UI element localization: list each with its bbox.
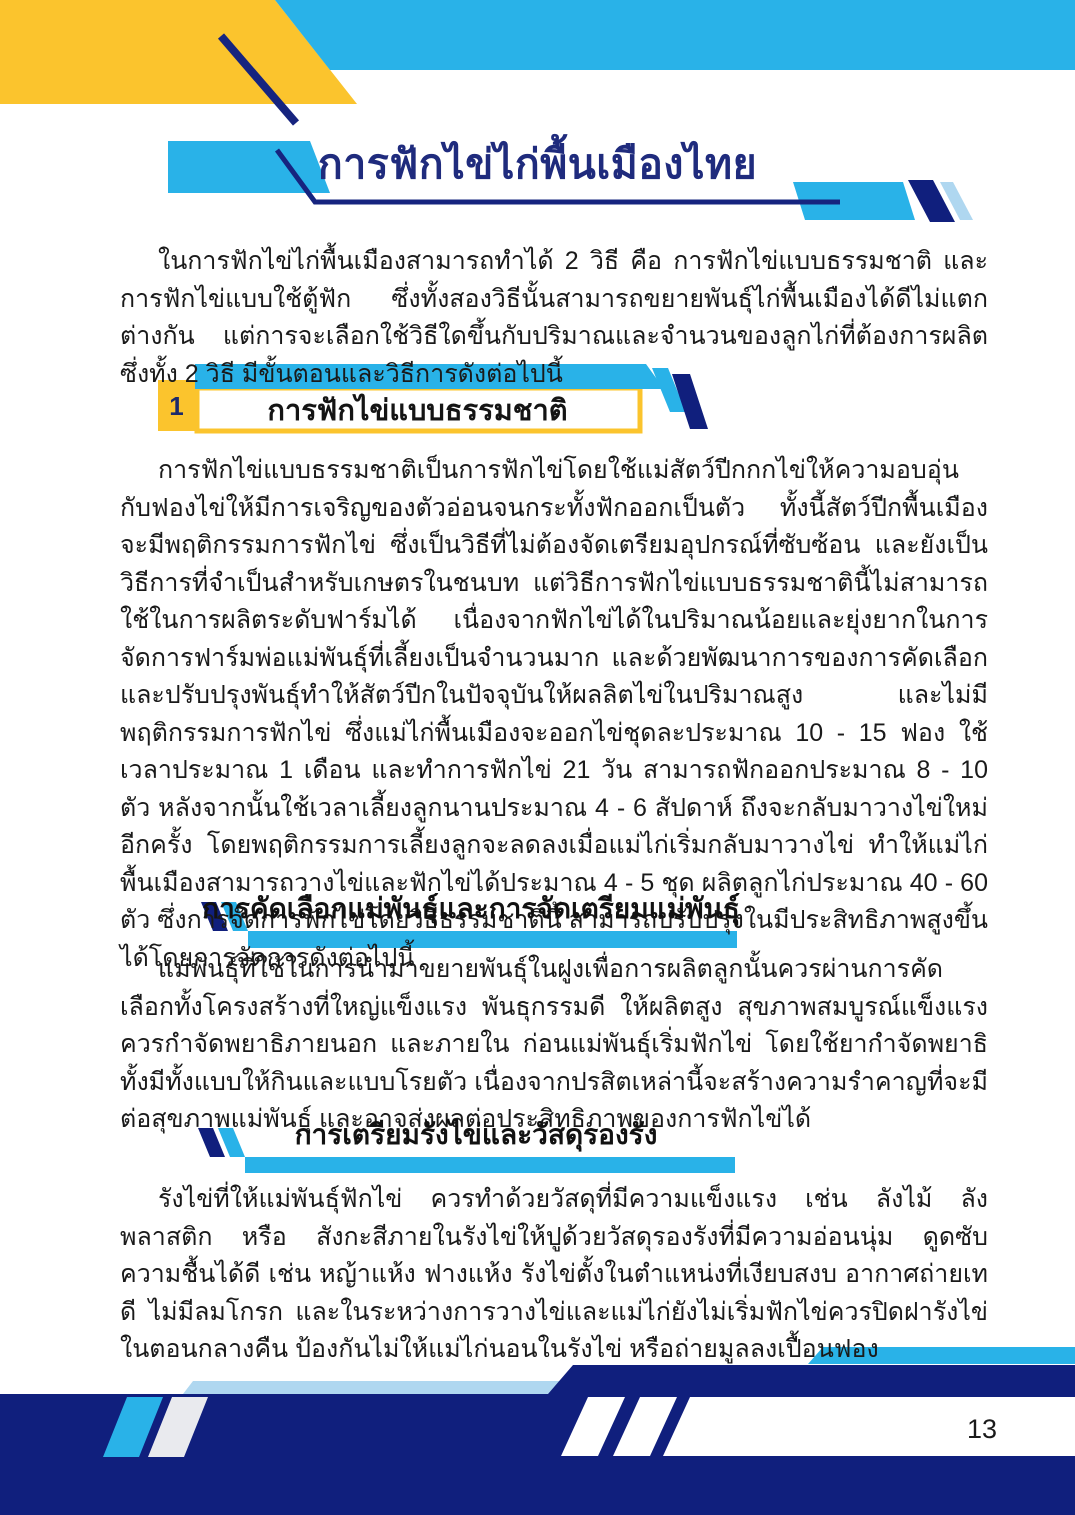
footer-pale-band bbox=[183, 1381, 570, 1394]
page-title: การฟักไข่ไก่พื้นเมืองไทย bbox=[0, 134, 1075, 194]
subheading-breeder-selection: การคัดเลือกแม่พันธุ์และการจัดเตรียมแม่พั… bbox=[121, 884, 821, 930]
nest-preparation-paragraph: รังไข่ที่ให้แม่พันธุ์ฟักไข่ ควรทำด้วยวัส… bbox=[120, 1181, 988, 1369]
header-blue-band bbox=[275, 0, 1075, 70]
section1-heading: การฟักไข่แบบธรรมชาติ bbox=[195, 389, 640, 431]
document-page: การฟักไข่ไก่พื้นเมืองไทย ในการฟักไข่ไก่พ… bbox=[0, 0, 1075, 1515]
subheading2-underline-bar bbox=[245, 1157, 735, 1173]
subheading-nest-preparation: การเตรียมรังไข่และวัสดุรองรัง bbox=[126, 1110, 826, 1156]
section-number: 1 bbox=[158, 380, 195, 431]
intro-paragraph: ในการฟักไข่ไก่พื้นเมืองสามารถทำได้ 2 วิธ… bbox=[120, 243, 988, 393]
footer-page-number-band bbox=[663, 1397, 1075, 1456]
page-number: 13 bbox=[897, 1412, 997, 1446]
